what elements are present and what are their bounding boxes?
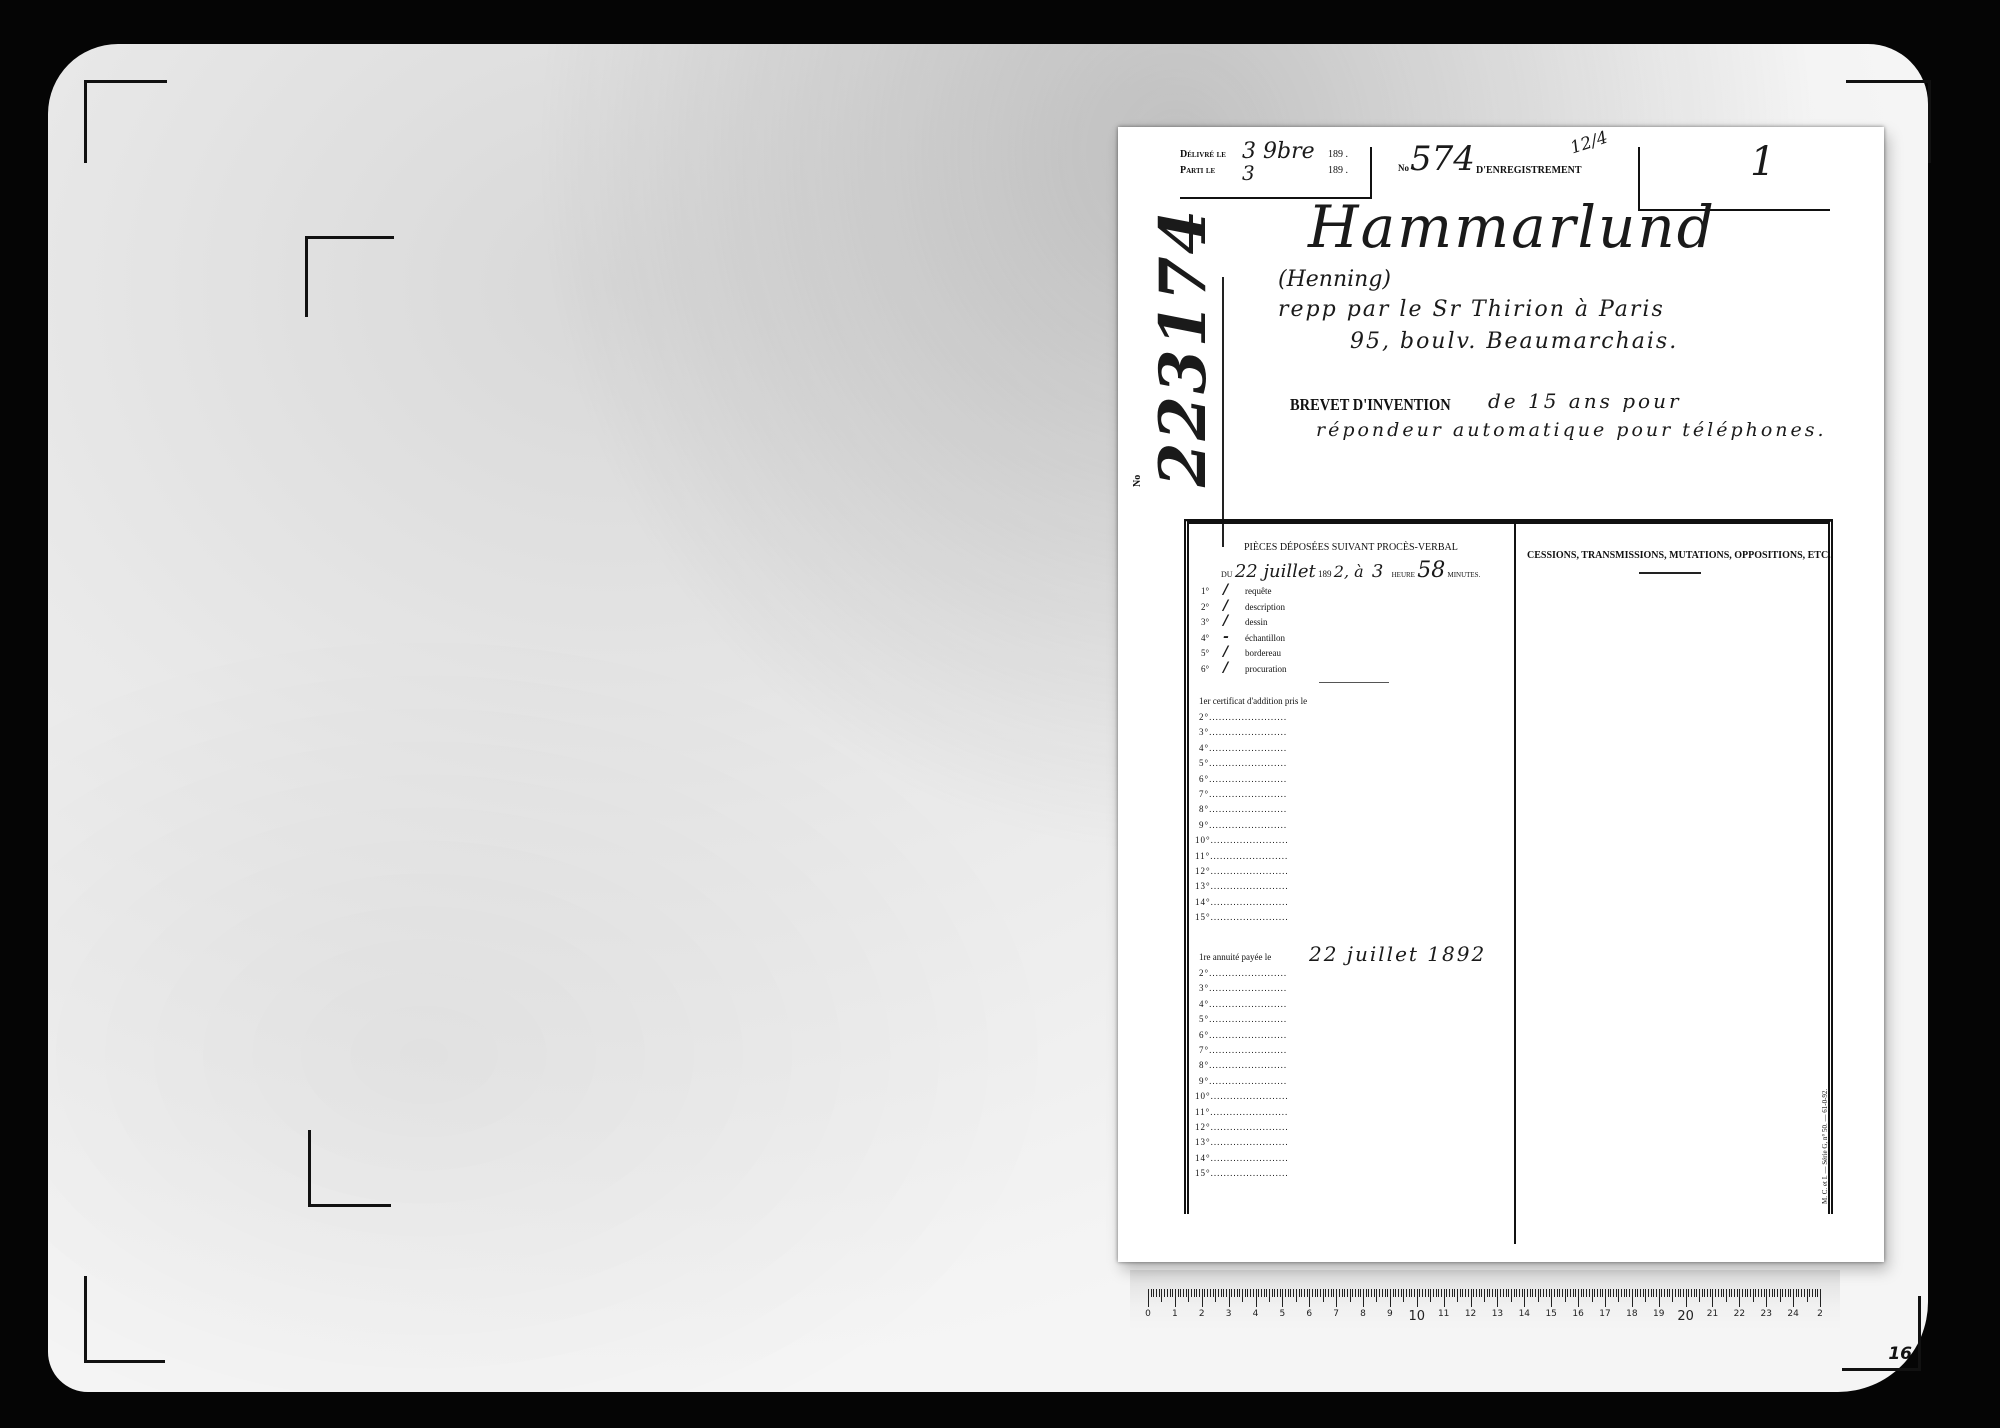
piece-item: 3°/dessin xyxy=(1201,613,1268,629)
dotted-row: 7°........................ xyxy=(1199,789,1287,799)
ruler-tick xyxy=(1355,1289,1356,1297)
pieces-heading: PIÈCES DÉPOSÉES SUIVANT PROCÈS-VERBAL xyxy=(1244,542,1458,553)
ruler-tick xyxy=(1557,1289,1558,1297)
brevet-subject: répondeur automatique pour téléphones. xyxy=(1316,419,1827,441)
ruler-tick xyxy=(1272,1289,1273,1297)
applicant-address: 95, boulv. Beaumarchais. xyxy=(1350,329,1678,354)
ruler-tick xyxy=(1296,1289,1297,1302)
dotted-row: 11°........................ xyxy=(1195,1107,1288,1117)
ruler-tick xyxy=(1282,1289,1283,1307)
ruler-tick xyxy=(1194,1289,1195,1297)
ruler-tick xyxy=(1718,1289,1719,1297)
ruler-tick xyxy=(1753,1289,1754,1302)
pieces-du-label: DU xyxy=(1221,570,1233,579)
ruler-tick xyxy=(1285,1289,1286,1297)
ruler-label: 4 xyxy=(1253,1309,1259,1319)
ruler-tick xyxy=(1688,1289,1689,1297)
ruler-label: 15 xyxy=(1545,1309,1556,1319)
ruler-tick xyxy=(1280,1289,1281,1297)
ruler-tick xyxy=(1514,1289,1515,1297)
ruler-tick xyxy=(1210,1289,1211,1297)
ruler-tick xyxy=(1253,1289,1254,1297)
plate-number: 16 xyxy=(1888,1344,1912,1364)
ruler-tick xyxy=(1428,1289,1429,1297)
ruler-tick xyxy=(1274,1289,1275,1297)
ruler-tick xyxy=(1363,1289,1364,1307)
ruler-label: 13 xyxy=(1492,1309,1503,1319)
ruler-tick xyxy=(1798,1289,1799,1297)
crop-mark-inner-top-left xyxy=(305,236,394,317)
dotted-row: 4°........................ xyxy=(1199,999,1287,1009)
ruler-tick xyxy=(1546,1289,1547,1297)
brevet-title-label: BREVET D'INVENTION xyxy=(1290,395,1451,415)
ruler-tick xyxy=(1497,1289,1498,1307)
patent-number: 223174 xyxy=(1146,208,1221,487)
ruler-tick xyxy=(1508,1289,1509,1297)
ruler-label: 18 xyxy=(1626,1309,1637,1319)
dotted-row: 5°........................ xyxy=(1199,1014,1287,1024)
ruler-tick xyxy=(1487,1289,1488,1297)
ruler-tick xyxy=(1301,1289,1302,1297)
ruler-tick xyxy=(1745,1289,1746,1297)
ruler-tick xyxy=(1812,1289,1813,1297)
dotted-row: 3°........................ xyxy=(1199,727,1287,737)
ruler-tick xyxy=(1766,1289,1767,1307)
ruler-tick xyxy=(1161,1289,1162,1302)
ruler-label: 20 xyxy=(1677,1309,1694,1324)
ruler-tick xyxy=(1172,1289,1173,1297)
ruler-tick xyxy=(1328,1289,1329,1297)
ruler-tick xyxy=(1635,1289,1636,1297)
ruler-tick xyxy=(1164,1289,1165,1297)
ruler-tick xyxy=(1777,1289,1778,1297)
ruler-label: 5 xyxy=(1280,1309,1286,1319)
ruler-tick xyxy=(1710,1289,1711,1297)
ruler-tick xyxy=(1804,1289,1805,1297)
dotted-row: 3°........................ xyxy=(1199,983,1287,993)
ruler-tick xyxy=(1484,1289,1485,1302)
ruler-label: 21 xyxy=(1707,1309,1718,1319)
ruler-tick xyxy=(1608,1289,1609,1297)
annuite-first-value: 22 juillet 1892 xyxy=(1309,942,1486,966)
ruler-tick xyxy=(1790,1289,1791,1297)
ruler-tick xyxy=(1376,1289,1377,1302)
applicant-representative: repp par le Sr Thirion à Paris xyxy=(1278,297,1665,322)
dotted-row: 6°........................ xyxy=(1199,1030,1287,1040)
ruler-tick xyxy=(1175,1289,1176,1307)
pieces-minutes-label: MINUTES. xyxy=(1447,571,1480,579)
piece-mark: / xyxy=(1223,660,1245,676)
dotted-row: 14°........................ xyxy=(1195,897,1289,907)
ruler-tick xyxy=(1218,1289,1219,1297)
ruler-tick xyxy=(1785,1289,1786,1297)
ruler-tick xyxy=(1535,1289,1536,1297)
ruler-tick xyxy=(1159,1289,1160,1297)
ruler-tick xyxy=(1196,1289,1197,1297)
dotted-row: 9°........................ xyxy=(1199,820,1287,830)
ruler-label: 3 xyxy=(1226,1309,1232,1319)
ruler-tick xyxy=(1191,1289,1192,1297)
ruler-tick xyxy=(1368,1289,1369,1297)
pieces-year-prefix: 189 xyxy=(1318,569,1332,579)
ruler-tick xyxy=(1312,1289,1313,1297)
ruler-tick xyxy=(1479,1289,1480,1297)
ruler-tick xyxy=(1393,1289,1394,1297)
ruler-tick xyxy=(1425,1289,1426,1297)
piece-item: 6°/procuration xyxy=(1201,660,1286,676)
ruler-tick xyxy=(1699,1289,1700,1302)
parti-label: Parti le xyxy=(1180,165,1215,176)
ruler-tick xyxy=(1215,1289,1216,1302)
ruler-tick xyxy=(1589,1289,1590,1297)
ruler-tick xyxy=(1707,1289,1708,1297)
ruler-tick xyxy=(1489,1289,1490,1297)
ruler-tick xyxy=(1755,1289,1756,1297)
ruler-tick xyxy=(1444,1289,1445,1307)
ruler-tick xyxy=(1570,1289,1571,1297)
ruler-label: 16 xyxy=(1572,1309,1583,1319)
ruler-tick xyxy=(1643,1289,1644,1297)
ruler-tick xyxy=(1737,1289,1738,1297)
piece-item: 5°/bordereau xyxy=(1201,644,1281,660)
ruler-tick xyxy=(1266,1289,1267,1297)
ruler-tick xyxy=(1352,1289,1353,1297)
piece-number: 6° xyxy=(1201,664,1223,674)
ruler-tick xyxy=(1696,1289,1697,1297)
ruler-tick xyxy=(1261,1289,1262,1297)
ruler-tick xyxy=(1264,1289,1265,1297)
ruler-tick xyxy=(1293,1289,1294,1297)
ruler-tick xyxy=(1637,1289,1638,1297)
dotted-row: 8°........................ xyxy=(1199,804,1287,814)
ruler-tick xyxy=(1465,1289,1466,1297)
ruler-label: 11 xyxy=(1438,1309,1449,1319)
dotted-row: 10°........................ xyxy=(1195,1091,1289,1101)
ruler-tick xyxy=(1678,1289,1679,1297)
ruler-tick xyxy=(1586,1289,1587,1297)
ruler-tick xyxy=(1395,1289,1396,1297)
ruler-tick xyxy=(1460,1289,1461,1297)
ruler-tick xyxy=(1183,1289,1184,1297)
ruler-tick xyxy=(1288,1289,1289,1297)
margin-rule xyxy=(1222,277,1224,547)
ruler-tick xyxy=(1333,1289,1334,1297)
ruler-tick xyxy=(1565,1289,1566,1302)
ruler-tick xyxy=(1387,1289,1388,1297)
piece-mark: / xyxy=(1223,644,1245,660)
dotted-row: 2°........................ xyxy=(1199,712,1287,722)
ruler-tick xyxy=(1226,1289,1227,1297)
piece-label: procuration xyxy=(1245,664,1286,674)
ruler-label: 23 xyxy=(1761,1309,1772,1319)
ruler-tick xyxy=(1653,1289,1654,1297)
ruler-tick xyxy=(1691,1289,1692,1297)
dotted-row: 10°........................ xyxy=(1195,835,1289,845)
piece-number: 3° xyxy=(1201,617,1223,627)
dotted-row: 13°........................ xyxy=(1195,1137,1289,1147)
ruler-tick xyxy=(1543,1289,1544,1297)
ruler-tick xyxy=(1562,1289,1563,1297)
ruler-tick xyxy=(1320,1289,1321,1297)
piece-label: requête xyxy=(1245,586,1271,596)
ruler-label: 1 xyxy=(1172,1309,1178,1319)
piece-label: dessin xyxy=(1245,617,1268,627)
ruler-tick xyxy=(1204,1289,1205,1297)
ruler-tick xyxy=(1613,1289,1614,1297)
ruler-tick xyxy=(1592,1289,1593,1302)
ruler-tick xyxy=(1231,1289,1232,1297)
parti-year: 189 . xyxy=(1328,165,1348,176)
ruler-tick xyxy=(1715,1289,1716,1297)
registration-label: D'ENREGISTREMENT xyxy=(1476,165,1582,176)
ruler-tick xyxy=(1344,1289,1345,1297)
crop-mark-top-left xyxy=(84,80,167,163)
ruler-label: 14 xyxy=(1519,1309,1530,1319)
certificat-first-label: 1er certificat d'addition pris le xyxy=(1199,696,1307,706)
ruler-tick xyxy=(1441,1289,1442,1297)
measuring-ruler: 0123456789101112131415161718192021222324… xyxy=(1148,1289,1820,1319)
ruler-tick xyxy=(1726,1289,1727,1302)
ruler-tick xyxy=(1151,1289,1152,1297)
ruler-tick xyxy=(1538,1289,1539,1302)
ruler-label: 2 xyxy=(1199,1309,1205,1319)
ruler-tick xyxy=(1661,1289,1662,1297)
ruler-tick xyxy=(1667,1289,1668,1297)
ruler-label: 0 xyxy=(1145,1309,1151,1319)
ruler-tick xyxy=(1438,1289,1439,1297)
ruler-tick xyxy=(1342,1289,1343,1297)
piece-item: 2°/description xyxy=(1201,598,1285,614)
plate-number-box: 16 xyxy=(1842,1296,1916,1366)
ruler-tick xyxy=(1495,1289,1496,1297)
ruler-tick xyxy=(1594,1289,1595,1297)
ruler-tick xyxy=(1492,1289,1493,1297)
dotted-row: 6°........................ xyxy=(1199,774,1287,784)
piece-mark: / xyxy=(1223,598,1245,614)
ruler-tick xyxy=(1626,1289,1627,1297)
ruler-tick xyxy=(1503,1289,1504,1297)
ruler-tick xyxy=(1250,1289,1251,1297)
ruler-tick xyxy=(1530,1289,1531,1297)
ruler-tick xyxy=(1170,1289,1171,1297)
ruler-tick xyxy=(1242,1289,1243,1302)
piece-mark: - xyxy=(1223,629,1245,645)
ruler-tick xyxy=(1793,1289,1794,1307)
ruler-tick xyxy=(1629,1289,1630,1297)
ruler-tick xyxy=(1554,1289,1555,1297)
ruler-tick xyxy=(1186,1289,1187,1297)
cessions-heading: CESSIONS, TRANSMISSIONS, MUTATIONS, OPPO… xyxy=(1527,550,1831,561)
ruler-tick xyxy=(1731,1289,1732,1297)
ruler-tick xyxy=(1672,1289,1673,1302)
ruler-tick xyxy=(1624,1289,1625,1297)
piece-number: 4° xyxy=(1201,633,1223,643)
ruler-tick xyxy=(1411,1289,1412,1297)
ruler-tick xyxy=(1390,1289,1391,1307)
ruler-tick xyxy=(1648,1289,1649,1297)
pieces-heure-label: HEURE xyxy=(1392,571,1415,579)
ruler-tick xyxy=(1820,1289,1821,1307)
ruler-tick xyxy=(1403,1289,1404,1302)
pieces-year-suffix: 2, à xyxy=(1334,562,1364,581)
ruler-tick xyxy=(1540,1289,1541,1297)
piece-item: 4°-échantillon xyxy=(1201,629,1285,645)
ruler-tick xyxy=(1516,1289,1517,1297)
ruler-tick xyxy=(1156,1289,1157,1297)
piece-number: 2° xyxy=(1201,602,1223,612)
ruler-tick xyxy=(1656,1289,1657,1297)
ruler-tick xyxy=(1675,1289,1676,1297)
ruler-tick xyxy=(1409,1289,1410,1297)
piece-number: 5° xyxy=(1201,648,1223,658)
ruler-tick xyxy=(1452,1289,1453,1297)
ruler-tick xyxy=(1659,1289,1660,1307)
ruler-tick xyxy=(1500,1289,1501,1297)
ruler-tick xyxy=(1575,1289,1576,1297)
ruler-tick xyxy=(1213,1289,1214,1297)
registration-number: 574 xyxy=(1410,139,1475,179)
ruler-tick xyxy=(1299,1289,1300,1297)
dotted-row: 9°........................ xyxy=(1199,1076,1287,1086)
ruler-tick xyxy=(1729,1289,1730,1297)
applicant-surname: Hammarlund xyxy=(1308,193,1716,261)
ruler-tick xyxy=(1578,1289,1579,1307)
ruler-tick xyxy=(1401,1289,1402,1297)
ruler-tick xyxy=(1258,1289,1259,1297)
piece-label: bordereau xyxy=(1245,648,1281,658)
piece-number: 1° xyxy=(1201,586,1223,596)
ruler-tick xyxy=(1747,1289,1748,1297)
volume-number: 1 xyxy=(1750,139,1775,185)
ruler-tick xyxy=(1704,1289,1705,1297)
ruler-tick xyxy=(1398,1289,1399,1297)
ruler-tick xyxy=(1782,1289,1783,1297)
ruler-label: 2 xyxy=(1817,1309,1823,1319)
ruler-label: 12 xyxy=(1465,1309,1476,1319)
ruler-tick xyxy=(1436,1289,1437,1297)
ruler-tick xyxy=(1481,1289,1482,1297)
ruler-tick xyxy=(1796,1289,1797,1297)
ruler-tick xyxy=(1446,1289,1447,1297)
ruler-tick xyxy=(1774,1289,1775,1297)
dotted-row: 15°........................ xyxy=(1195,1168,1289,1178)
ruler-label: 6 xyxy=(1306,1309,1312,1319)
ruler-tick xyxy=(1817,1289,1818,1297)
ruler-tick xyxy=(1245,1289,1246,1297)
dotted-row: 15°........................ xyxy=(1195,912,1289,922)
ruler-tick xyxy=(1551,1289,1552,1307)
ruler-tick xyxy=(1202,1289,1203,1307)
ruler-tick xyxy=(1742,1289,1743,1297)
ruler-tick xyxy=(1723,1289,1724,1297)
dotted-row: 7°........................ xyxy=(1199,1045,1287,1055)
ruler-tick xyxy=(1457,1289,1458,1302)
pieces-hour: 3 xyxy=(1372,561,1383,582)
ruler-tick xyxy=(1600,1289,1601,1297)
ruler-tick xyxy=(1645,1289,1646,1302)
ruler-tick xyxy=(1223,1289,1224,1297)
ruler-tick xyxy=(1618,1289,1619,1302)
applicant-given-name: (Henning) xyxy=(1278,267,1391,292)
ruler-tick xyxy=(1815,1289,1816,1297)
ruler-tick xyxy=(1331,1289,1332,1297)
ruler-tick xyxy=(1519,1289,1520,1297)
ruler-tick xyxy=(1807,1289,1808,1302)
printer-note-block: M. C. et I. — Série G, n° 50. — 61-0-92. xyxy=(1821,1064,1833,1204)
crop-mark-inner-bottom-left xyxy=(308,1130,391,1207)
ruler-tick xyxy=(1167,1289,1168,1297)
ruler-label: 9 xyxy=(1387,1309,1393,1319)
ruler-tick xyxy=(1597,1289,1598,1297)
ruler-tick xyxy=(1567,1289,1568,1297)
patent-record-sheet: Délivré le 3 9bre 189 . Parti le 3 189 .… xyxy=(1118,127,1884,1262)
dotted-row: 5°........................ xyxy=(1199,758,1287,768)
ruler-tick xyxy=(1511,1289,1512,1302)
ruler-tick xyxy=(1769,1289,1770,1297)
ruler-tick xyxy=(1336,1289,1337,1307)
ruler-tick xyxy=(1583,1289,1584,1297)
ruler-tick xyxy=(1229,1289,1230,1307)
ruler-tick xyxy=(1148,1289,1149,1307)
ruler-tick xyxy=(1290,1289,1291,1297)
ruler-tick xyxy=(1616,1289,1617,1297)
ruler-tick xyxy=(1686,1289,1687,1307)
ruler-tick xyxy=(1237,1289,1238,1297)
dotted-row: 13°........................ xyxy=(1195,881,1289,891)
ruler-tick xyxy=(1669,1289,1670,1297)
ruler-tick xyxy=(1323,1289,1324,1302)
ruler-tick xyxy=(1764,1289,1765,1297)
ruler-tick xyxy=(1772,1289,1773,1297)
parti-value: 3 xyxy=(1242,161,1255,185)
ruler-tick xyxy=(1473,1289,1474,1297)
pieces-minutes: 58 xyxy=(1417,558,1445,583)
ruler-tick xyxy=(1374,1289,1375,1297)
ruler-tick xyxy=(1269,1289,1270,1302)
ruler-tick xyxy=(1325,1289,1326,1297)
ruler-tick xyxy=(1304,1289,1305,1297)
piece-mark: / xyxy=(1223,613,1245,629)
ruler-tick xyxy=(1430,1289,1431,1302)
ruler-tick xyxy=(1721,1289,1722,1297)
ruler-tick xyxy=(1315,1289,1316,1297)
ruler-label: 19 xyxy=(1653,1309,1664,1319)
ruler-tick xyxy=(1358,1289,1359,1297)
delivre-year: 189 . xyxy=(1328,149,1348,160)
ruler-tick xyxy=(1247,1289,1248,1297)
ruler-tick xyxy=(1739,1289,1740,1307)
ruler-tick xyxy=(1221,1289,1222,1297)
patent-number-prefix: No xyxy=(1132,475,1143,487)
ruler-tick xyxy=(1651,1289,1652,1297)
ruler-label: 8 xyxy=(1360,1309,1366,1319)
ruler-tick xyxy=(1371,1289,1372,1297)
dotted-row: 12°........................ xyxy=(1195,1122,1289,1132)
crop-mark-bottom-left xyxy=(84,1276,165,1363)
ruler-tick xyxy=(1640,1289,1641,1297)
piece-label: description xyxy=(1245,602,1285,612)
ruler-tick xyxy=(1239,1289,1240,1297)
ruler-label: 17 xyxy=(1599,1309,1610,1319)
ruler-tick xyxy=(1621,1289,1622,1297)
delivre-label: Délivré le xyxy=(1180,149,1226,160)
ruler-tick xyxy=(1414,1289,1415,1297)
annuite-first-label: 1re annuité payée le xyxy=(1199,952,1271,962)
ruler-label: 7 xyxy=(1333,1309,1339,1319)
ruler-tick xyxy=(1750,1289,1751,1297)
ruler-label: 10 xyxy=(1409,1309,1426,1324)
dotted-row: 4°........................ xyxy=(1199,743,1287,753)
